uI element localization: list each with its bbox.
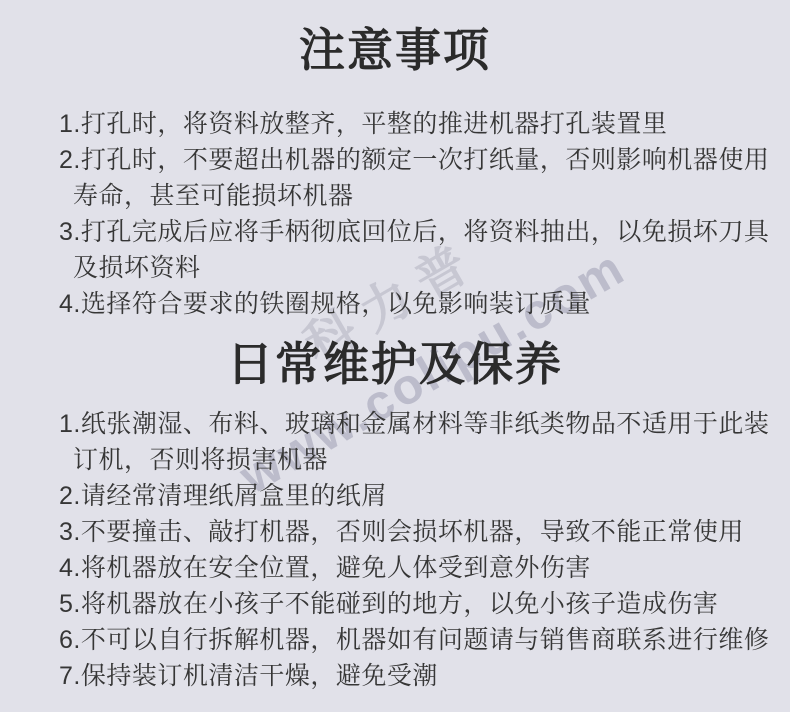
instruction-page: 科力普 www.colipu.com 注意事项 1.打孔时，将资料放整齐，平整的… <box>0 0 790 712</box>
list-line: 4.选择符合要求的铁圈规格，以免影响装订质量 <box>59 286 750 322</box>
list-line: 1.打孔时，将资料放整齐，平整的推进机器打孔装置里 <box>59 106 750 142</box>
list-line: 2.请经常清理纸屑盒里的纸屑 <box>59 478 750 514</box>
list-line: 4.将机器放在安全位置，避免人体受到意外伤害 <box>59 550 750 586</box>
list-line: 3.打孔完成后应将手柄彻底回位后，将资料抽出，以免损坏刀具 <box>59 214 750 250</box>
section-maintenance: 日常维护及保养 1.纸张潮湿、布料、玻璃和金属材料等非纸类物品不适用于此装订机，… <box>0 322 790 694</box>
notes-list: 1.打孔时，将资料放整齐，平整的推进机器打孔装置里2.打孔时，不要超出机器的额定… <box>0 106 790 322</box>
list-line: 5.将机器放在小孩子不能碰到的地方，以免小孩子造成伤害 <box>59 586 750 622</box>
list-line: 7.保持装订机清洁干燥，避免受潮 <box>59 658 750 694</box>
list-line: 及损坏资料 <box>59 250 750 286</box>
section-title-maintenance: 日常维护及保养 <box>0 322 790 392</box>
section-title-notes: 注意事项 <box>0 0 790 78</box>
list-line: 6.不可以自行拆解机器，机器如有问题请与销售商联系进行维修 <box>59 622 750 658</box>
list-line: 寿命，甚至可能损坏机器 <box>59 178 750 214</box>
maintenance-list: 1.纸张潮湿、布料、玻璃和金属材料等非纸类物品不适用于此装订机，否则将损害机器2… <box>0 406 790 694</box>
list-line: 3.不要撞击、敲打机器，否则会损坏机器，导致不能正常使用 <box>59 514 750 550</box>
list-line: 2.打孔时，不要超出机器的额定一次打纸量，否则影响机器使用 <box>59 142 750 178</box>
content: 注意事项 1.打孔时，将资料放整齐，平整的推进机器打孔装置里2.打孔时，不要超出… <box>0 0 790 694</box>
list-line: 订机，否则将损害机器 <box>59 442 750 478</box>
list-line: 1.纸张潮湿、布料、玻璃和金属材料等非纸类物品不适用于此装 <box>59 406 750 442</box>
section-notes: 注意事项 1.打孔时，将资料放整齐，平整的推进机器打孔装置里2.打孔时，不要超出… <box>0 0 790 322</box>
